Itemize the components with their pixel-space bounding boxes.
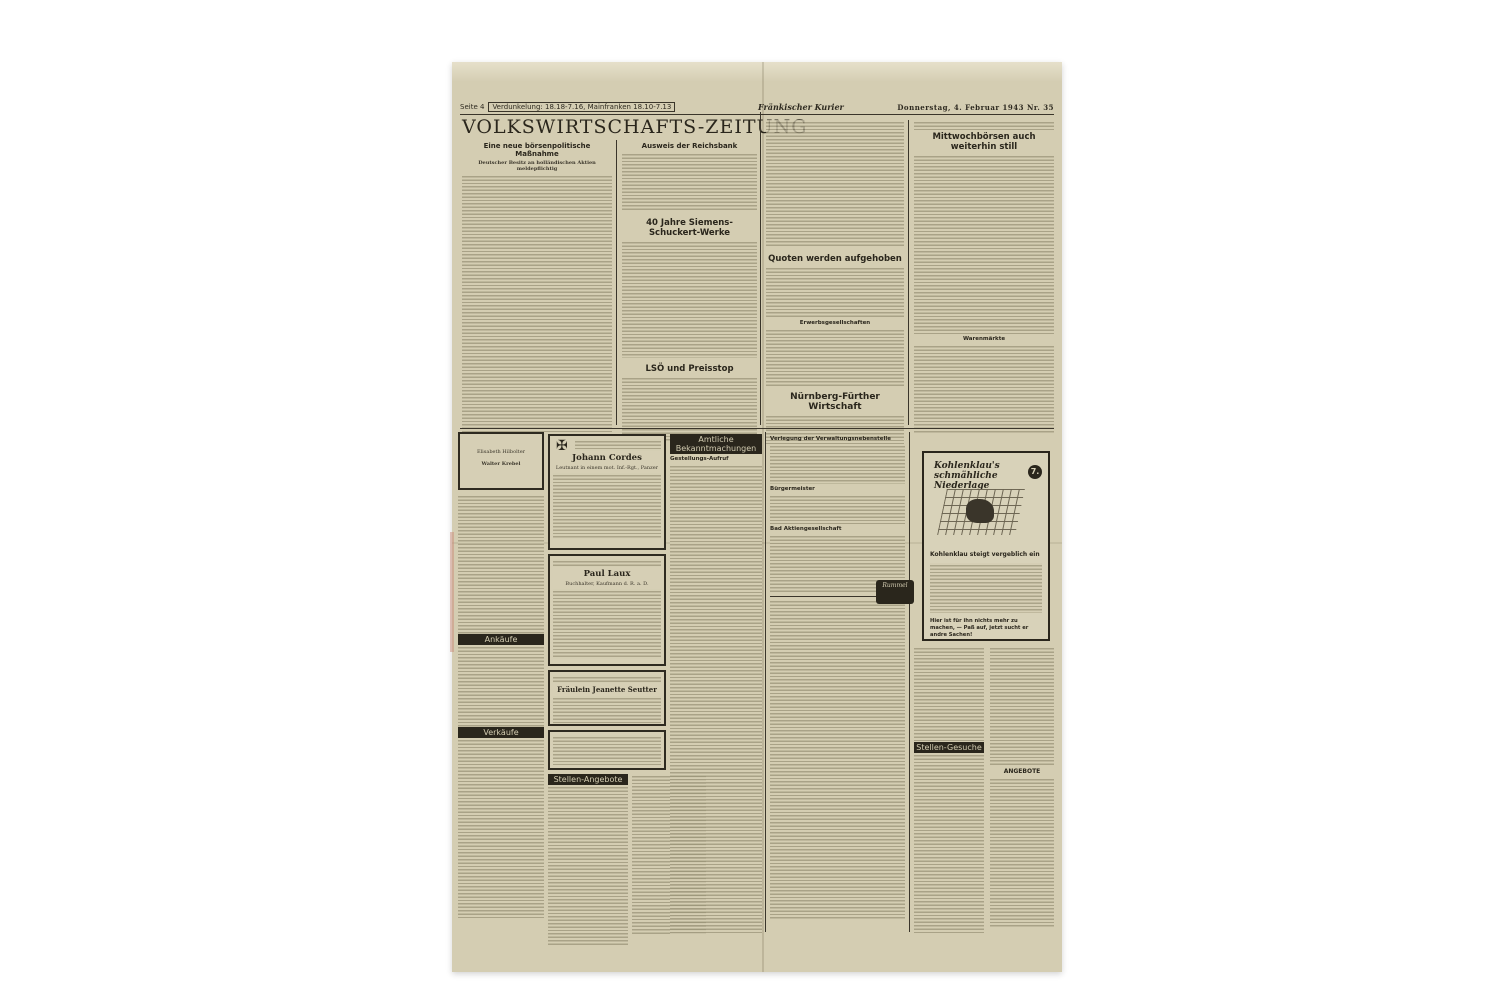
rummel-advert: Rummel <box>876 580 914 604</box>
advert-headline: Kohlenklau steigt vergeblich ein <box>930 551 1040 558</box>
article-reichsbank: Ausweis der Reichsbank 40 Jahre Siemens-… <box>622 140 757 425</box>
page-edge-tint <box>450 532 454 652</box>
notice-seutter: Fräulein Jeanette Seutter <box>548 670 666 726</box>
section-verkaeufe: Verkäufe <box>458 727 544 738</box>
notice-misc <box>548 730 666 770</box>
newspaper-name: Fränkischer Kurier <box>758 102 844 112</box>
advert-footer: Hier ist für ihn nichts mehr zu machen, … <box>930 618 1042 639</box>
notice-cordes: ✠ Johann Cordes Leutnant in einem mot. I… <box>548 434 666 550</box>
section-title: VOLKSWIRTSCHAFTS-ZEITUNG <box>462 116 807 138</box>
advert-badge: 7. <box>1028 465 1042 479</box>
official-notices-2: Verlegung der Verwaltungsnebenstelle Bür… <box>770 434 905 934</box>
classifieds-left: Elisabeth Hilbolter Walter Krebel Ankäuf… <box>458 432 544 932</box>
article-quoten: Quoten werden aufgehoben Erwerbsgesellsc… <box>766 120 904 425</box>
blackout-times: Verdunkelung: 18.18-7.16, Mainfranken 18… <box>488 102 675 112</box>
section-ankaeufe: Ankäufe <box>458 634 544 645</box>
official-notices: Amtliche Bekanntmachungen Gestellungs-Au… <box>670 434 762 934</box>
kohlenklau-figure-icon <box>966 499 994 523</box>
kohlenklau-advert: Kohlenklau's schmähliche Niederlage 7. K… <box>922 451 1050 641</box>
issue-date: Donnerstag, 4. Februar 1943 Nr. 35 <box>897 103 1054 112</box>
newspaper-page: Seite 4 Verdunkelung: 18.18-7.16, Mainfr… <box>452 62 1062 972</box>
jobs-offered: Stellen-Angebote <box>548 774 628 945</box>
article-mittwochboersen: Mittwochbörsen auch weiterhin still Ware… <box>914 120 1054 425</box>
section-stellen-angebote: Stellen-Angebote <box>548 774 628 785</box>
article-boersenpolitik: Eine neue börsenpolitische Maßnahme Deut… <box>462 140 612 425</box>
family-notice: Elisabeth Hilbolter Walter Krebel <box>458 432 544 490</box>
section-stellen-gesuche: Stellen-Gesuche <box>914 742 984 753</box>
page-number: Seite 4 <box>460 103 484 111</box>
page-header: Seite 4 Verdunkelung: 18.18-7.16, Mainfr… <box>460 100 1054 115</box>
notice-laux: Paul Laux Buchhalter, Kaufmann d. R. a. … <box>548 554 666 666</box>
center-fold <box>762 62 764 972</box>
jobs-wanted: Stellen-Gesuche <box>914 646 984 936</box>
section-amtliche: Amtliche Bekanntmachungen <box>670 434 762 454</box>
offers-column: ANGEBOTE <box>990 646 1054 936</box>
